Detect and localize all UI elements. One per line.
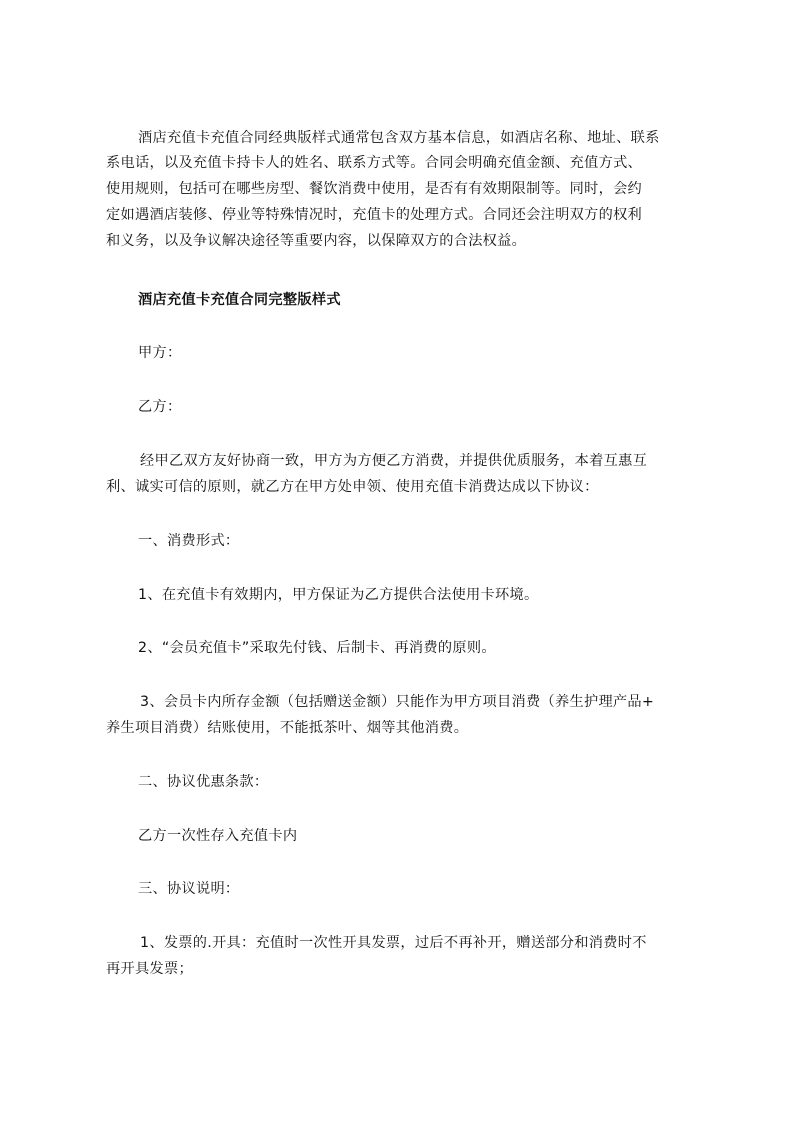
section2-heading-block: 二、协议优惠条款： bbox=[106, 772, 700, 794]
intro-line-5: 和义务，以及争议解决途径等重要内容，以保障双方的合法权益。 bbox=[106, 231, 526, 251]
intro-line-4: 定如遇酒店装修、停业等特殊情况时，充值卡的处理方式。合同还会注明双方的权利 bbox=[106, 205, 642, 225]
section2-text: 乙方一次性存入充值卡内 bbox=[138, 826, 297, 846]
party-b-block: 乙方： bbox=[106, 397, 700, 419]
preamble-line-2: 利、诚实可信的原则，就乙方在甲方处申领、使用充值卡消费达成以下协议： bbox=[106, 477, 599, 497]
section1-item3-line-2: 养生项目消费）结账使用，不能抵茶叶、烟等其他消费。 bbox=[106, 718, 468, 738]
section1-item1-block: 1、在充值卡有效期内，甲方保证为乙方提供合法使用卡环境。 bbox=[106, 585, 700, 607]
intro-line-2: 系电话，以及充值卡持卡人的姓名、联系方式等。合同会明确充值金额、充值方式、 bbox=[106, 153, 642, 173]
party-a-block: 甲方： bbox=[106, 343, 700, 365]
contract-title-block: 酒店充值卡充值合同完整版样式 bbox=[106, 290, 700, 312]
preamble-line-1: 经甲乙双方友好协商一致，甲方为方便乙方消费，并提供优质服务，本着互惠互 bbox=[140, 451, 647, 471]
section3-heading-block: 三、协议说明： bbox=[106, 879, 700, 901]
contract-title: 酒店充值卡充值合同完整版样式 bbox=[138, 290, 341, 310]
section1-item2-block: 2、“会员充值卡”采取先付钱、后制卡、再消费的原则。 bbox=[106, 638, 700, 660]
section1-item3-block: 3、会员卡内所存金额（包括赠送金额）只能作为甲方项目消费（养生护理产品+ 养生项… bbox=[106, 692, 700, 742]
section3-item1-block: 1、发票的.开具：充值时一次性开具发票，过后不再补开，赠送部分和消费时不 再开具… bbox=[106, 933, 700, 983]
section2-text-block: 乙方一次性存入充值卡内 bbox=[106, 826, 700, 848]
intro-paragraph: 酒店充值卡充值合同经典版样式通常包含双方基本信息，如酒店名称、地址、联系 系电话… bbox=[106, 128, 700, 268]
party-a-label: 甲方： bbox=[138, 343, 181, 363]
document-page: 酒店充值卡充值合同经典版样式通常包含双方基本信息，如酒店名称、地址、联系 系电话… bbox=[0, 0, 793, 1122]
party-b-label: 乙方： bbox=[138, 397, 181, 417]
section1-item2: 2、“会员充值卡”采取先付钱、后制卡、再消费的原则。 bbox=[138, 638, 496, 658]
intro-line-3: 使用规则，包括可在哪些房型、餐饮消费中使用，是否有有效期限制等。同时，会约 bbox=[106, 179, 642, 199]
section3-item1-line-2: 再开具发票； bbox=[106, 959, 193, 979]
section1-item1: 1、在充值卡有效期内，甲方保证为乙方提供合法使用卡环境。 bbox=[138, 585, 539, 605]
section2-heading: 二、协议优惠条款： bbox=[138, 772, 268, 792]
section1-heading: 一、消费形式： bbox=[138, 531, 239, 551]
section1-item3-line-1: 3、会员卡内所存金额（包括赠送金额）只能作为甲方项目消费（养生护理产品+ bbox=[140, 692, 654, 712]
preamble-paragraph: 经甲乙双方友好协商一致，甲方为方便乙方消费，并提供优质服务，本着互惠互 利、诚实… bbox=[106, 451, 700, 501]
section3-item1-line-1: 1、发票的.开具：充值时一次性开具发票，过后不再补开，赠送部分和消费时不 bbox=[140, 933, 647, 953]
section3-heading: 三、协议说明： bbox=[138, 879, 239, 899]
intro-line-1: 酒店充值卡充值合同经典版样式通常包含双方基本信息，如酒店名称、地址、联系 bbox=[138, 128, 660, 148]
section1-heading-block: 一、消费形式： bbox=[106, 531, 700, 553]
